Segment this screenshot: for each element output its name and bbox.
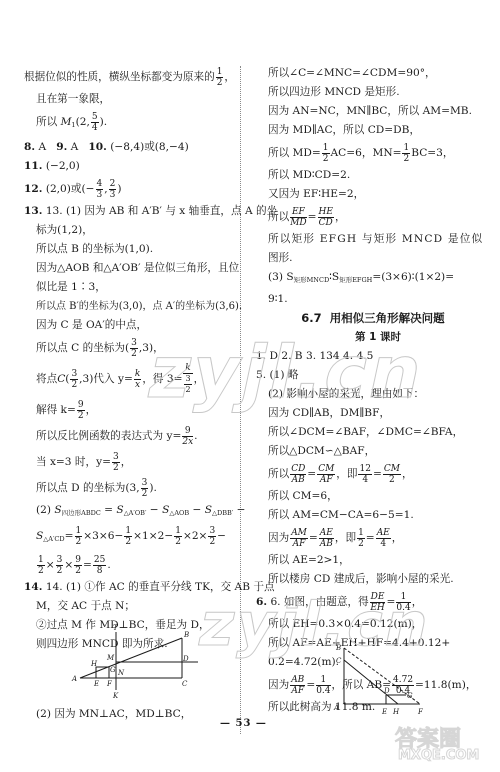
text-line: 所以 MD=12AC=6，MN=12BC=3，: [268, 140, 488, 166]
svg-text:H: H: [90, 660, 98, 668]
geometry-figure-14: T B M D H G N A E F C K: [70, 622, 210, 702]
text-line: 因为AMAF=AEAB，即12=AE4，: [268, 525, 488, 551]
text-line: M，交 AC 于点 N；: [24, 597, 236, 616]
text-line: 又因为 EF∶HE=2，: [268, 185, 488, 204]
svg-text:D: D: [383, 687, 390, 695]
column-divider: [240, 66, 241, 734]
svg-text:M: M: [106, 654, 115, 662]
text-line: 5. (1) 略: [256, 366, 488, 385]
svg-text:K: K: [112, 692, 119, 700]
text-line: 所以△DCM∽△BAF，: [268, 442, 488, 461]
text-line: 将点C(32,3)代入 y=kx，得 3=k32，: [24, 361, 236, 397]
text-line: 所以 EH=0.3×0.4=0.12(m)，: [268, 615, 488, 634]
svg-text:T: T: [113, 624, 119, 632]
area-equation-line-2: S△A′CD=12×3×6−12×1×2−12×2×32−: [24, 523, 236, 552]
svg-text:D: D: [182, 655, 189, 663]
svg-text:B: B: [183, 631, 189, 639]
svg-text:N: N: [117, 669, 125, 677]
text-line: 所以∠C=∠MNC=∠CDM=90°，: [268, 64, 488, 83]
text-line: 9∶1.: [268, 290, 488, 309]
text-line: 图形.: [268, 249, 488, 268]
lesson-heading: 第 1 课时: [268, 328, 488, 347]
text-line: 所以反比例函数的表达式为 y=92x.: [24, 423, 236, 449]
svg-text:G: G: [407, 692, 413, 700]
text-line: 所以 MD∶CD=2.: [268, 166, 488, 185]
watermark-site-en: MXQE.COM: [398, 748, 479, 763]
svg-text:A: A: [333, 704, 339, 712]
svg-text:E: E: [93, 680, 99, 688]
text-line: 因为 CD∥AB，DM∥BF，: [268, 404, 488, 423]
geometry-figure-6: B C D G A E H F: [330, 640, 430, 720]
text-line: 13. 13. (1) 因为 AB 和 A′B′ 与 x 轴垂直，点 A 的坐: [24, 202, 236, 221]
text-line: 所以 CM=6，: [268, 487, 488, 506]
text-line: (3) S矩形MNCD∶S矩形EFGH=(3×6)∶(1×2)=: [268, 268, 488, 290]
text-line: 所以CDAB=CMAF，即124=CM2，: [268, 461, 488, 487]
svg-text:F: F: [417, 708, 424, 716]
section-heading: 6.7 用相似三角形解决问题: [268, 309, 488, 328]
fraction: 12: [216, 67, 224, 88]
svg-text:C: C: [336, 657, 342, 665]
text-line: 标为(1,2)，: [24, 221, 236, 240]
answer-row-1-4: 1. D 2. B 3. 134 4. 4.5: [256, 347, 488, 366]
svg-text:G: G: [110, 666, 116, 674]
svg-text:E: E: [381, 708, 387, 716]
svg-text:A: A: [71, 675, 77, 683]
text-line: 所以楼房 CD 建成后，影响小屋的采光.: [268, 570, 488, 589]
text-line: 所以点 B 的坐标为(1,0).: [24, 240, 236, 259]
text-line: 所以点 D 的坐标为(3,32).: [24, 475, 236, 501]
svg-text:H: H: [392, 708, 400, 716]
watermark-site-cn: 答案圈: [395, 722, 461, 753]
svg-text:C: C: [182, 680, 188, 688]
text-line: 所以点 C 的坐标为(32,3)，: [24, 335, 236, 361]
text-line: 所以 AM=CM−CA=6−5=1.: [268, 506, 488, 525]
text-line: 且在第一象限，: [24, 90, 236, 109]
text-line: 14. 14. (1) ①作 AC 的垂直平分线 TK，交 AB 于点: [24, 578, 236, 597]
left-column: 根据位似的性质，横纵坐标都变为原来的12， 且在第一象限， 所以 M1(2,54…: [24, 64, 236, 654]
text-line: 所以∠DCM=∠BAF，∠DMC=∠BFA，: [268, 423, 488, 442]
text-line: 当 x=3 时，y=32，: [24, 449, 236, 475]
text-line: 解得 k=92，: [24, 397, 236, 423]
text-line: 所以四边形 MNCD 是矩形.: [268, 83, 488, 102]
answer-row-8-10: 8. A 9. A 10. (−8,4)或(8,−4): [24, 138, 236, 157]
text-line: (2) 因为 MN⊥AC，MD⊥BC，: [36, 706, 191, 721]
svg-text:F: F: [106, 680, 113, 688]
area-equation-line-1: (2) S四边形ABDC = S△A′OB′ − S△AOB − S△DBB′ …: [24, 501, 236, 523]
text-line: 所以矩形 EFGH 与矩形 MNCD 是位似: [268, 230, 488, 249]
svg-text:B: B: [335, 644, 341, 652]
page-number: — 53 —: [220, 718, 267, 729]
text-line: 所以 AE=2>1，: [268, 551, 488, 570]
answer-12: 12. (2,0)或(−43,23): [24, 176, 236, 202]
text-line: 6. 6. 如图，由题意，得DEEH=10.4，: [256, 589, 488, 615]
text-line: 因为△AOB 和△A′OB′ 是位似三角形，且位: [24, 259, 236, 278]
text-line: 所以EFMD=HECD，: [268, 204, 488, 230]
text-line: 因为 MD∥AC，所以 CD=DB，: [268, 121, 488, 140]
area-equation-line-3: 12×32×92=258.: [24, 552, 236, 578]
text-line: 所以 M1(2,54).: [24, 109, 236, 138]
right-column: 所以∠C=∠MNC=∠CDM=90°， 所以四边形 MNCD 是矩形. 因为 A…: [268, 64, 488, 717]
text-line: 因为 AN=NC，MN∥BC，所以 AM=MB.: [268, 102, 488, 121]
text-line: 因为 C 是 OA′的中点，: [24, 316, 236, 335]
answer-11: 11. (−2,0): [24, 157, 236, 176]
text-line: (2) 影响小屋的采光，理由如下：: [268, 385, 488, 404]
text-line: 根据位似的性质，横纵坐标都变为原来的12，: [24, 64, 236, 90]
text-line: 似比是 1∶3，: [24, 278, 236, 297]
text-line: 所以点 B′的坐标为(3,0)，点 A′的坐标为(3,6).: [24, 297, 236, 316]
